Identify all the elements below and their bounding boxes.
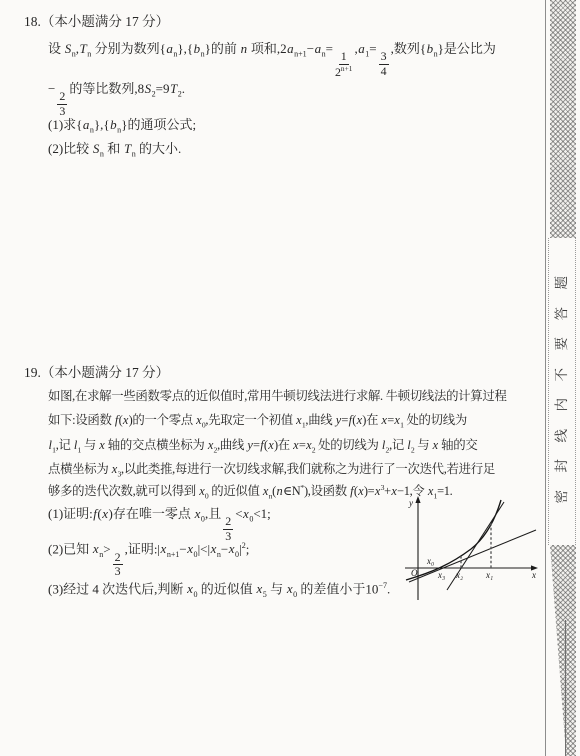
newton-method-figure: O x₀ x₃ x₂ x₁ x y	[403, 494, 540, 604]
problem-19-subq-2: (2)已知 xn>23,证明:|xn+1−x0|<|xn−x0|2;	[48, 540, 249, 578]
seal-char: 密	[555, 490, 569, 504]
x1-label: x₁	[485, 570, 493, 580]
page-edge-line	[565, 620, 566, 756]
seal-hatch-bottom	[550, 545, 576, 756]
x2-label: x₂	[455, 570, 463, 580]
problem-19-line-2: 如下:设函数 f(x)的一个零点 x0,先取定一个初值 x1,曲线 y=f(x)…	[48, 412, 467, 431]
seal-char: 题	[555, 276, 569, 290]
problem-19-line-1: 如图,在求解一些函数零点的近似值时,常用牛顿切线法进行求解. 牛顿切线法的计算过…	[48, 388, 507, 405]
seal-char: 封	[555, 459, 569, 473]
x0-label: x₀	[426, 556, 434, 566]
seal-hatch-top	[550, 0, 576, 238]
problem-19-line-4: 点横坐标为 x3,以此类推,每进行一次切线求解,我们就称之为进行了一次迭代,若进…	[48, 461, 495, 480]
problem-18-line-1: 设 Sn,Tn 分别为数列{an},{bn}的前 n 项和,2an+1−an=1…	[48, 40, 496, 79]
problem-19-subq-1: (1)证明:f(x)存在唯一零点 x0,且23<x0<1;	[48, 505, 271, 543]
y-axis-arrow-icon	[415, 496, 420, 503]
y-axis-label: y	[408, 498, 413, 508]
problem-18-subq-2: (2)比较 Sn 和 Tn 的大小.	[48, 140, 181, 160]
seal-char: 不	[555, 368, 569, 382]
seal-char: 要	[555, 337, 569, 351]
problem-18-heading: 18.（本小题满分 17 分）	[24, 13, 169, 31]
origin-label: O	[411, 568, 418, 578]
problem-18-line-2: −23的等比数列,8S2=9T2.	[48, 80, 185, 118]
x3-label: x₃	[437, 570, 445, 580]
problem-18-subq-1: (1)求{an},{bn}的通项公式;	[48, 116, 196, 136]
problem-19-heading: 19.（本小题满分 17 分）	[24, 364, 169, 382]
exam-page: 18.（本小题满分 17 分） 设 Sn,Tn 分别为数列{an},{bn}的前…	[0, 0, 580, 756]
seal-fold-line	[545, 0, 546, 756]
problem-19-line-5: 够多的迭代次数,就可以得到 x0 的近似值 xn(n∈N*),设函数 f(x)=…	[48, 483, 452, 502]
seal-char: 内	[555, 398, 569, 412]
problem-19-subq-3: (3)经过 4 次迭代后,判断 x0 的近似值 x5 与 x0 的差值小于10−…	[48, 580, 390, 600]
problem-19-line-3: l1,记 l1 与 x 轴的交点横坐标为 x2,曲线 y=f(x)在 x=x2 …	[48, 437, 477, 456]
seal-char: 线	[555, 429, 569, 443]
seal-char: 答	[555, 307, 569, 321]
seal-text-box: 题 答 要 不 内 线 封 密	[548, 238, 576, 545]
x-axis-label: x	[531, 570, 536, 580]
